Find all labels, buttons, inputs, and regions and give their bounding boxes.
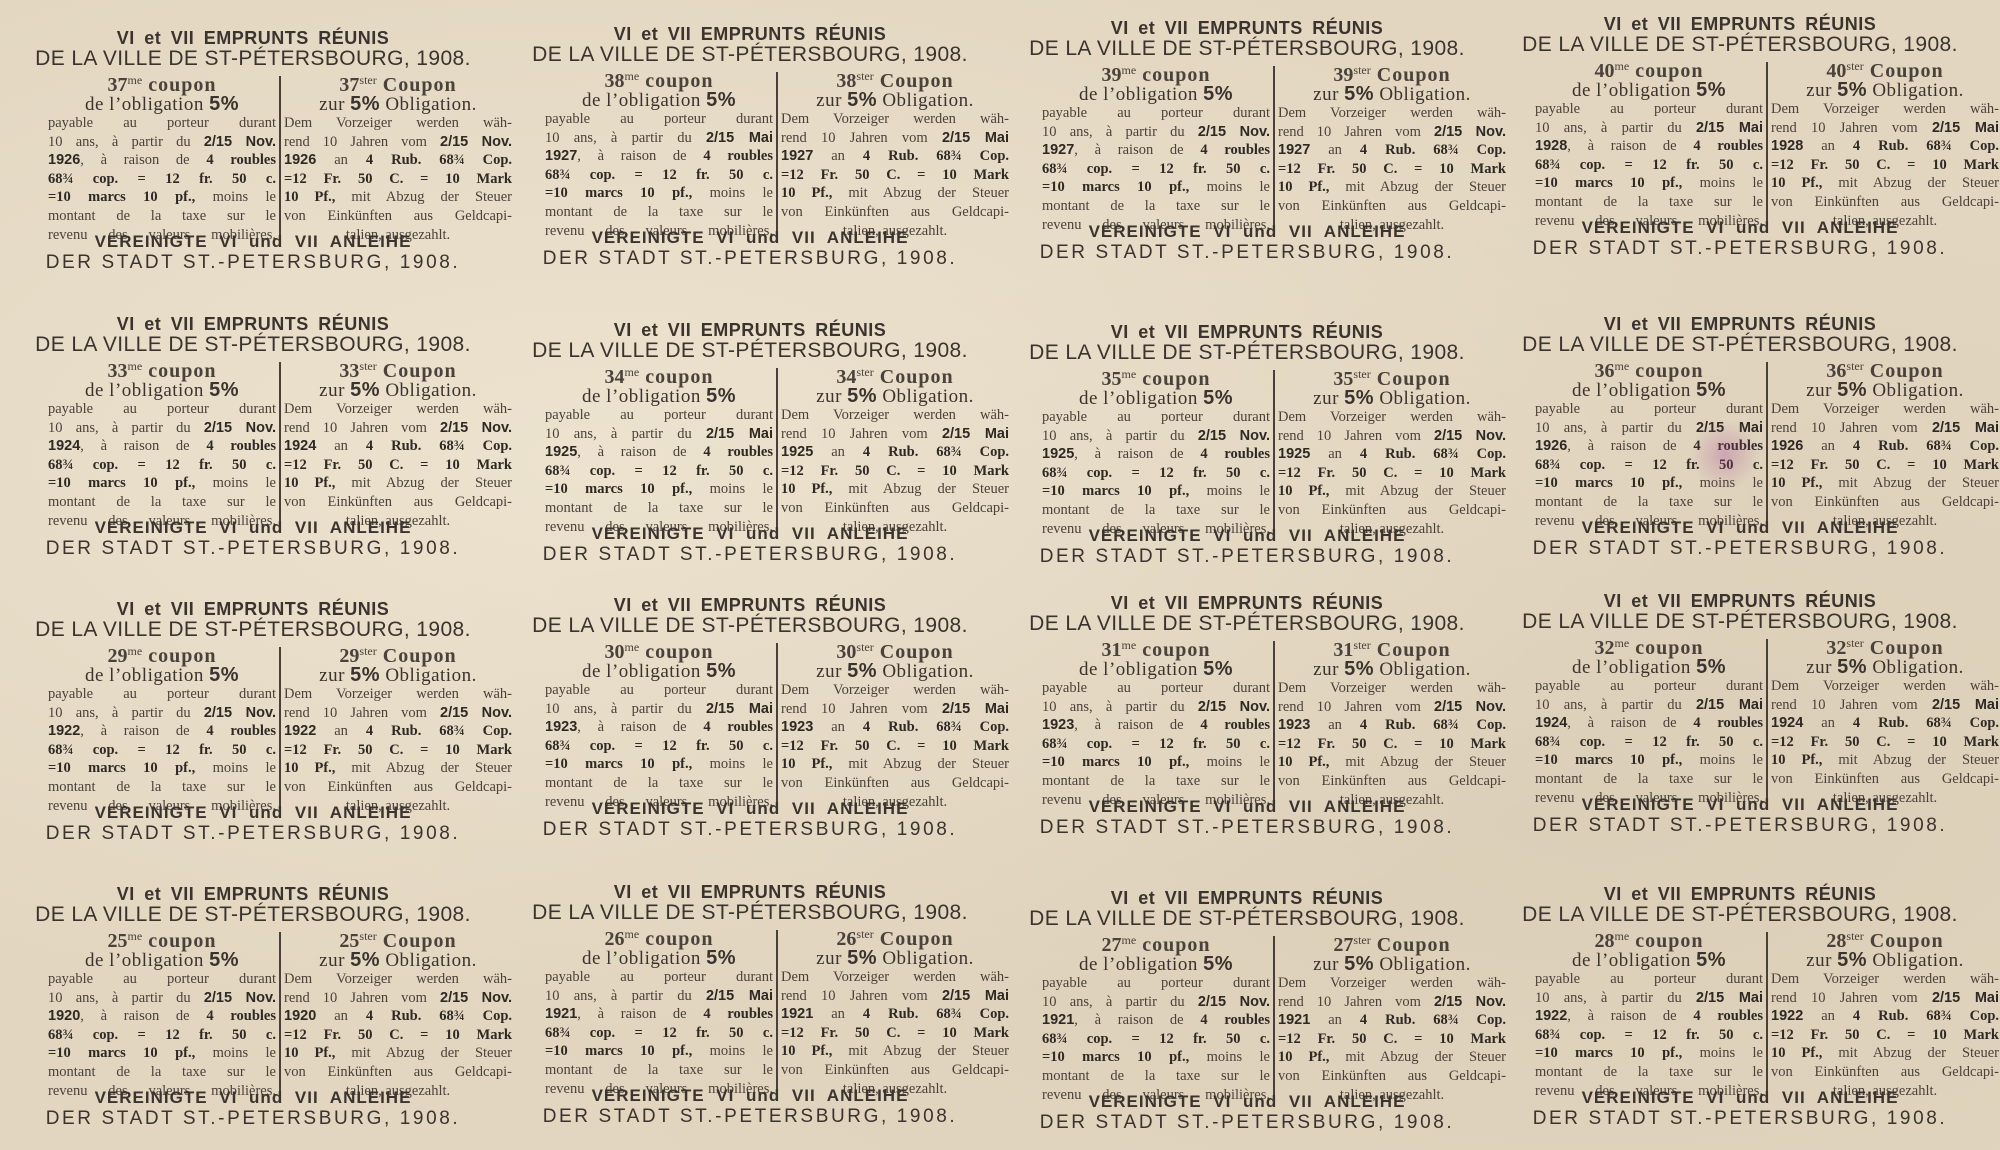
payment-year: 1926 (1535, 438, 1567, 454)
terms-line: montant de la taxe sur le (1042, 501, 1270, 520)
terms-line: rend 10 Jahren vom 2/15 Mai (781, 425, 1009, 444)
payment-date: 2/15 Mai (942, 426, 1009, 442)
french-obligation-line: de l’obligation 5% (48, 951, 276, 970)
coupon-word: coupon (1142, 934, 1210, 956)
ordinal-suffix: me (625, 365, 640, 379)
coupon-number: 31 (1102, 639, 1122, 661)
terms-line: 1927 an 4 Rub. 68¾ Cop. (1278, 141, 1506, 160)
terms-line: =10 marcs 10 pf., moins le (545, 1042, 773, 1061)
terms-line: von Einkünften aus Geldcapi- (1278, 197, 1506, 216)
terms-line: von Einkünften aus Geldcapi- (781, 499, 1009, 518)
terms-line: von Einkünften aus Geldcapi- (284, 778, 512, 797)
terms-line: von Einkünften aus Geldcapi- (1771, 1063, 1999, 1082)
french-column: 39me coupon de l’obligation 5% payable a… (1042, 60, 1270, 234)
german-column: 26ster Coupon zur 5% Obligation. Dem Vor… (781, 924, 1009, 1098)
interest-rate: 5% (1344, 387, 1374, 409)
coupon-word: Coupon (1870, 360, 1944, 382)
french-obligation-line: de l’obligation 5% (1535, 951, 1763, 970)
coupon-30: VI et VII EMPRUNTS RÉUNIS DE LA VILLE DE… (515, 569, 985, 831)
interest-rate: 5% (1344, 953, 1374, 975)
terms-line: 10 ans, à partir du 2/15 Nov. (1042, 993, 1270, 1012)
german-terms: Dem Vorzeiger werden wäh- rend 10 Jahren… (1278, 679, 1506, 809)
coupon-number: 37 (108, 74, 128, 96)
coupon-29: VI et VII EMPRUNTS RÉUNIS DE LA VILLE DE… (18, 573, 488, 835)
terms-line: 68¾ cop. = 12 fr. 50 c. (545, 166, 773, 185)
column-divider (776, 368, 778, 528)
coupon-header-city-title: DE LA VILLE DE ST-PÉTERSBOURG, 1908. (18, 903, 488, 927)
terms-line: rend 10 Jahren vom 2/15 Nov. (284, 989, 512, 1008)
terms-line: rend 10 Jahren vom 2/15 Mai (1771, 119, 1999, 138)
ordinal-suffix: ster (359, 644, 376, 658)
coupon-word: Coupon (1377, 934, 1451, 956)
terms-line: 1927, à raison de 4 roubles (545, 147, 773, 166)
terms-line: 10 ans, à partir du 2/15 Mai (1535, 696, 1763, 715)
coupon-number: 26 (605, 928, 625, 950)
terms-line: 68¾ cop. = 12 fr. 50 c. (1535, 156, 1763, 175)
german-obligation-line: zur 5% Obligation. (781, 662, 1009, 681)
terms-line: payable au porteur durant (1535, 677, 1763, 696)
coupon-footer-loan-title: VEREINIGTE VI und VII ANLEIHE (1505, 218, 1975, 238)
coupon-text-columns: 32me coupon de l’obligation 5% payable a… (1535, 633, 1967, 801)
german-coupon-title: 31ster Coupon (1278, 635, 1506, 660)
terms-line: =10 marcs 10 pf., moins le (1042, 178, 1270, 197)
coupon-header-loan-title: VI et VII EMPRUNTS RÉUNIS (515, 24, 985, 45)
coupon-word: coupon (1635, 60, 1703, 82)
coupon-text-columns: 31me coupon de l’obligation 5% payable a… (1042, 635, 1474, 803)
interest-rate: 5% (1203, 387, 1233, 409)
terms-line: montant de la taxe sur le (48, 207, 276, 226)
column-divider (1273, 641, 1275, 801)
german-obligation-line: zur 5% Obligation. (1771, 81, 1999, 100)
terms-line: 1922, à raison de 4 roubles (48, 722, 276, 741)
terms-line: Dem Vorzeiger werden wäh- (1771, 677, 1999, 696)
interest-rate: 5% (847, 89, 877, 111)
terms-line: 10 Pf., mit Abzug der Steuer (1771, 474, 1999, 493)
french-column: 38me coupon de l’obligation 5% payable a… (545, 66, 773, 240)
terms-line: =12 Fr. 50 C. = 10 Mark (1278, 464, 1506, 483)
terms-line: =12 Fr. 50 C. = 10 Mark (284, 170, 512, 189)
interest-rate: 5% (1696, 656, 1726, 678)
german-terms: Dem Vorzeiger werden wäh- rend 10 Jahren… (781, 110, 1009, 240)
german-obligation-line: zur 5% Obligation. (284, 666, 512, 685)
french-terms: payable au porteur durant 10 ans, à part… (48, 970, 276, 1100)
german-terms: Dem Vorzeiger werden wäh- rend 10 Jahren… (284, 114, 512, 244)
terms-line: montant de la taxe sur le (48, 778, 276, 797)
coupon-26: VI et VII EMPRUNTS RÉUNIS DE LA VILLE DE… (515, 856, 985, 1118)
german-column: 32ster Coupon zur 5% Obligation. Dem Vor… (1771, 633, 1999, 807)
coupon-33: VI et VII EMPRUNTS RÉUNIS DE LA VILLE DE… (18, 288, 488, 550)
ordinal-suffix: me (1615, 59, 1630, 73)
coupon-word: coupon (148, 645, 216, 667)
coupon-35: VI et VII EMPRUNTS RÉUNIS DE LA VILLE DE… (1012, 296, 1482, 558)
german-coupon-title: 25ster Coupon (284, 926, 512, 951)
terms-line: =10 marcs 10 pf., moins le (545, 755, 773, 774)
coupon-header-loan-title: VI et VII EMPRUNTS RÉUNIS (18, 314, 488, 335)
payment-year: 1920 (48, 1008, 80, 1024)
coupon-footer-loan-title: VEREINIGTE VI und VII ANLEIHE (515, 799, 985, 819)
interest-rate: 5% (1203, 953, 1233, 975)
coupon-27: VI et VII EMPRUNTS RÉUNIS DE LA VILLE DE… (1012, 862, 1482, 1124)
terms-line: 10 ans, à partir du 2/15 Nov. (48, 133, 276, 152)
terms-line: =10 marcs 10 pf., moins le (48, 474, 276, 493)
german-terms: Dem Vorzeiger werden wäh- rend 10 Jahren… (1278, 974, 1506, 1104)
terms-line: payable au porteur durant (1535, 970, 1763, 989)
german-coupon-title: 27ster Coupon (1278, 930, 1506, 955)
terms-line: von Einkünften aus Geldcapi- (1771, 193, 1999, 212)
french-obligation-line: de l’obligation 5% (1535, 381, 1763, 400)
terms-line: von Einkünften aus Geldcapi- (284, 1063, 512, 1082)
french-terms: payable au porteur durant 10 ans, à part… (1042, 104, 1270, 234)
terms-line: =12 Fr. 50 C. = 10 Mark (1771, 1026, 1999, 1045)
german-column: 27ster Coupon zur 5% Obligation. Dem Vor… (1278, 930, 1506, 1104)
cancellation-stamp-mark (1690, 420, 1760, 490)
coupon-header-loan-title: VI et VII EMPRUNTS RÉUNIS (18, 599, 488, 620)
terms-line: 10 Pf., mit Abzug der Steuer (781, 1042, 1009, 1061)
terms-line: montant de la taxe sur le (545, 774, 773, 793)
german-obligation-line: zur 5% Obligation. (1771, 951, 1999, 970)
terms-line: von Einkünften aus Geldcapi- (1278, 1067, 1506, 1086)
terms-line: Dem Vorzeiger werden wäh- (284, 400, 512, 419)
payment-year: 1921 (781, 1006, 813, 1022)
terms-line: rend 10 Jahren vom 2/15 Nov. (284, 133, 512, 152)
coupon-text-columns: 40me coupon de l’obligation 5% payable a… (1535, 56, 1967, 224)
payment-date: 2/15 Nov. (1198, 428, 1270, 444)
german-column: 34ster Coupon zur 5% Obligation. Dem Vor… (781, 362, 1009, 536)
payment-year: 1926 (284, 152, 316, 168)
terms-line: =12 Fr. 50 C. = 10 Mark (781, 1024, 1009, 1043)
terms-line: 68¾ cop. = 12 fr. 50 c. (545, 737, 773, 756)
coupon-header-loan-title: VI et VII EMPRUNTS RÉUNIS (1505, 591, 1975, 612)
payment-date: 2/15 Mai (1932, 420, 1999, 436)
column-divider (1766, 932, 1768, 1092)
payment-year: 1923 (1042, 717, 1074, 733)
coupon-footer-city-title: DER STADT ST.-PETERSBURG, 1908. (1505, 538, 1975, 560)
terms-line: von Einkünften aus Geldcapi- (781, 203, 1009, 222)
coupon-25: VI et VII EMPRUNTS RÉUNIS DE LA VILLE DE… (18, 858, 488, 1120)
german-obligation-line: zur 5% Obligation. (1278, 955, 1506, 974)
french-obligation-line: de l’obligation 5% (545, 662, 773, 681)
interest-rate: 5% (1837, 379, 1867, 401)
german-terms: Dem Vorzeiger werden wäh- rend 10 Jahren… (1771, 970, 1999, 1100)
terms-line: payable au porteur durant (1042, 679, 1270, 698)
interest-rate: 5% (1203, 83, 1233, 105)
terms-line: payable au porteur durant (48, 114, 276, 133)
coupon-number: 34 (605, 366, 625, 388)
payment-year: 1925 (1042, 446, 1074, 462)
french-obligation-line: de l’obligation 5% (545, 91, 773, 110)
terms-line: 68¾ cop. = 12 fr. 50 c. (48, 456, 276, 475)
terms-line: Dem Vorzeiger werden wäh- (1771, 970, 1999, 989)
french-column: 29me coupon de l’obligation 5% payable a… (48, 641, 276, 815)
terms-line: 10 ans, à partir du 2/15 Mai (1535, 989, 1763, 1008)
coupon-footer-city-title: DER STADT ST.-PETERSBURG, 1908. (1012, 1112, 1482, 1134)
terms-line: =10 marcs 10 pf., moins le (1535, 1044, 1763, 1063)
coupon-header-loan-title: VI et VII EMPRUNTS RÉUNIS (18, 884, 488, 905)
coupon-footer-loan-title: VEREINIGTE VI und VII ANLEIHE (18, 803, 488, 823)
terms-line: montant de la taxe sur le (48, 493, 276, 512)
terms-line: =12 Fr. 50 C. = 10 Mark (1278, 160, 1506, 179)
coupon-header-loan-title: VI et VII EMPRUNTS RÉUNIS (1012, 593, 1482, 614)
coupon-34: VI et VII EMPRUNTS RÉUNIS DE LA VILLE DE… (515, 294, 985, 556)
french-coupon-title: 40me coupon (1535, 56, 1763, 81)
french-column: 27me coupon de l’obligation 5% payable a… (1042, 930, 1270, 1104)
ordinal-suffix: me (1615, 636, 1630, 650)
coupon-word: coupon (1635, 637, 1703, 659)
terms-line: =12 Fr. 50 C. = 10 Mark (781, 166, 1009, 185)
ordinal-suffix: ster (359, 929, 376, 943)
payment-date: 2/15 Mai (942, 988, 1009, 1004)
coupon-word: coupon (1142, 64, 1210, 86)
interest-rate: 5% (1203, 658, 1233, 680)
terms-line: Dem Vorzeiger werden wäh- (1278, 679, 1506, 698)
coupon-word: Coupon (1870, 60, 1944, 82)
german-terms: Dem Vorzeiger werden wäh- rend 10 Jahren… (1771, 677, 1999, 807)
french-column: 40me coupon de l’obligation 5% payable a… (1535, 56, 1763, 230)
coupon-header-loan-title: VI et VII EMPRUNTS RÉUNIS (1012, 322, 1482, 343)
interest-rate: 5% (1837, 949, 1867, 971)
terms-line: 10 ans, à partir du 2/15 Mai (545, 129, 773, 148)
terms-line: payable au porteur durant (48, 685, 276, 704)
coupon-header-city-title: DE LA VILLE DE ST-PÉTERSBOURG, 1908. (515, 901, 985, 925)
german-obligation-line: zur 5% Obligation. (284, 381, 512, 400)
coupon-word: Coupon (1870, 930, 1944, 952)
terms-line: montant de la taxe sur le (1042, 1067, 1270, 1086)
french-terms: payable au porteur durant 10 ans, à part… (545, 681, 773, 811)
terms-line: 1925, à raison de 4 roubles (1042, 445, 1270, 464)
german-column: 38ster Coupon zur 5% Obligation. Dem Vor… (781, 66, 1009, 240)
terms-line: payable au porteur durant (545, 406, 773, 425)
terms-line: 10 Pf., mit Abzug der Steuer (1771, 174, 1999, 193)
payment-year: 1925 (1278, 446, 1310, 462)
french-column: 30me coupon de l’obligation 5% payable a… (545, 637, 773, 811)
terms-line: =10 marcs 10 pf., moins le (48, 188, 276, 207)
terms-line: =12 Fr. 50 C. = 10 Mark (284, 741, 512, 760)
terms-line: Dem Vorzeiger werden wäh- (1278, 104, 1506, 123)
terms-line: 68¾ cop. = 12 fr. 50 c. (48, 1026, 276, 1045)
terms-line: 10 ans, à partir du 2/15 Mai (545, 700, 773, 719)
coupon-text-columns: 29me coupon de l’obligation 5% payable a… (48, 641, 480, 809)
french-coupon-title: 36me coupon (1535, 356, 1763, 381)
payment-year: 1922 (48, 723, 80, 739)
obligation-text: de l’obligation (85, 950, 204, 971)
coupon-number: 33 (108, 360, 128, 382)
interest-rate: 5% (847, 385, 877, 407)
column-divider (279, 647, 281, 807)
terms-line: von Einkünften aus Geldcapi- (284, 493, 512, 512)
terms-line: montant de la taxe sur le (1535, 193, 1763, 212)
terms-line: 1927 an 4 Rub. 68¾ Cop. (781, 147, 1009, 166)
german-obligation-line: zur 5% Obligation. (1278, 389, 1506, 408)
terms-line: rend 10 Jahren vom 2/15 Nov. (1278, 123, 1506, 142)
german-column: 25ster Coupon zur 5% Obligation. Dem Vor… (284, 926, 512, 1100)
payment-date: 2/15 Nov. (1434, 428, 1506, 444)
coupon-word: Coupon (383, 360, 457, 382)
coupon-number: 25 (108, 930, 128, 952)
coupon-number: 30 (605, 641, 625, 663)
terms-line: rend 10 Jahren vom 2/15 Nov. (284, 419, 512, 438)
german-column: 39ster Coupon zur 5% Obligation. Dem Vor… (1278, 60, 1506, 234)
coupon-word: Coupon (383, 74, 457, 96)
payment-date: 2/15 Nov. (204, 705, 276, 721)
ordinal-suffix: ster (856, 640, 873, 654)
french-coupon-title: 34me coupon (545, 362, 773, 387)
terms-line: montant de la taxe sur le (1535, 770, 1763, 789)
coupon-32: VI et VII EMPRUNTS RÉUNIS DE LA VILLE DE… (1505, 565, 1975, 827)
terms-line: payable au porteur durant (48, 400, 276, 419)
terms-line: 1923 an 4 Rub. 68¾ Cop. (781, 718, 1009, 737)
interest-rate: 5% (1837, 79, 1867, 101)
terms-line: rend 10 Jahren vom 2/15 Nov. (1278, 698, 1506, 717)
german-column: 36ster Coupon zur 5% Obligation. Dem Vor… (1771, 356, 1999, 530)
german-obligation-line: zur 5% Obligation. (1278, 660, 1506, 679)
french-obligation-line: de l’obligation 5% (48, 95, 276, 114)
terms-line: Dem Vorzeiger werden wäh- (284, 970, 512, 989)
obligation-text: de l’obligation (582, 948, 701, 969)
terms-line: 10 ans, à partir du 2/15 Mai (1535, 119, 1763, 138)
ordinal-suffix: ster (1353, 367, 1370, 381)
obligation-text: de l’obligation (1079, 954, 1198, 975)
payment-date: 2/15 Mai (1932, 990, 1999, 1006)
french-coupon-title: 39me coupon (1042, 60, 1270, 85)
terms-line: payable au porteur durant (545, 968, 773, 987)
interest-rate: 5% (350, 664, 380, 686)
coupon-text-columns: 34me coupon de l’obligation 5% payable a… (545, 362, 977, 530)
terms-line: 1920 an 4 Rub. 68¾ Cop. (284, 1007, 512, 1026)
coupon-word: coupon (1635, 360, 1703, 382)
terms-line: 1923, à raison de 4 roubles (545, 718, 773, 737)
coupon-header-city-title: DE LA VILLE DE ST-PÉTERSBOURG, 1908. (1505, 610, 1975, 634)
interest-rate: 5% (1696, 949, 1726, 971)
payment-date: 2/15 Nov. (204, 990, 276, 1006)
terms-line: payable au porteur durant (545, 110, 773, 129)
french-coupon-title: 31me coupon (1042, 635, 1270, 660)
terms-line: 10 Pf., mit Abzug der Steuer (781, 184, 1009, 203)
coupon-footer-city-title: DER STADT ST.-PETERSBURG, 1908. (18, 1108, 488, 1130)
coupon-38: VI et VII EMPRUNTS RÉUNIS DE LA VILLE DE… (515, 0, 985, 260)
terms-line: 10 ans, à partir du 2/15 Nov. (1042, 427, 1270, 446)
ordinal-suffix: me (625, 927, 640, 941)
terms-line: Dem Vorzeiger werden wäh- (284, 114, 512, 133)
french-obligation-line: de l’obligation 5% (1535, 81, 1763, 100)
german-coupon-title: 35ster Coupon (1278, 364, 1506, 389)
column-divider (279, 362, 281, 522)
coupon-text-columns: 35me coupon de l’obligation 5% payable a… (1042, 364, 1474, 532)
coupon-number: 38 (605, 70, 625, 92)
ordinal-suffix: ster (856, 365, 873, 379)
obligation-text: de l’obligation (582, 386, 701, 407)
terms-line: 1921, à raison de 4 roubles (545, 1005, 773, 1024)
column-divider (776, 72, 778, 232)
coupon-footer-city-title: DER STADT ST.-PETERSBURG, 1908. (18, 823, 488, 845)
interest-rate: 5% (847, 947, 877, 969)
german-coupon-title: 26ster Coupon (781, 924, 1009, 949)
terms-line: 10 Pf., mit Abzug der Steuer (284, 759, 512, 778)
coupon-word: coupon (1635, 930, 1703, 952)
coupon-number: 28 (1595, 930, 1615, 952)
german-terms: Dem Vorzeiger werden wäh- rend 10 Jahren… (284, 685, 512, 815)
coupon-footer-loan-title: VEREINIGTE VI und VII ANLEIHE (515, 228, 985, 248)
coupon-text-columns: 30me coupon de l’obligation 5% payable a… (545, 637, 977, 805)
payment-date: 2/15 Nov. (440, 705, 512, 721)
french-coupon-title: 33me coupon (48, 356, 276, 381)
coupon-word: coupon (148, 74, 216, 96)
terms-line: =10 marcs 10 pf., moins le (1535, 751, 1763, 770)
terms-line: 1928, à raison de 4 roubles (1535, 137, 1763, 156)
coupon-sheet: VI et VII EMPRUNTS RÉUNIS DE LA VILLE DE… (0, 0, 2000, 1150)
coupon-footer-loan-title: VEREINIGTE VI und VII ANLEIHE (1505, 795, 1975, 815)
coupon-header-loan-title: VI et VII EMPRUNTS RÉUNIS (515, 595, 985, 616)
terms-line: 10 ans, à partir du 2/15 Nov. (1042, 123, 1270, 142)
coupon-header-city-title: DE LA VILLE DE ST-PÉTERSBOURG, 1908. (18, 47, 488, 71)
ordinal-suffix: ster (1353, 638, 1370, 652)
coupon-word: Coupon (1377, 639, 1451, 661)
terms-line: 68¾ cop. = 12 fr. 50 c. (1535, 1026, 1763, 1045)
interest-rate: 5% (847, 660, 877, 682)
german-terms: Dem Vorzeiger werden wäh- rend 10 Jahren… (781, 406, 1009, 536)
german-coupon-title: 32ster Coupon (1771, 633, 1999, 658)
payment-date: 2/15 Mai (706, 701, 773, 717)
terms-line: 68¾ cop. = 12 fr. 50 c. (1042, 160, 1270, 179)
french-terms: payable au porteur durant 10 ans, à part… (545, 110, 773, 240)
german-coupon-title: 34ster Coupon (781, 362, 1009, 387)
coupon-39: VI et VII EMPRUNTS RÉUNIS DE LA VILLE DE… (1012, 0, 1482, 254)
column-divider (776, 930, 778, 1090)
french-column: 33me coupon de l’obligation 5% payable a… (48, 356, 276, 530)
column-divider (1273, 66, 1275, 226)
obligation-text: de l’obligation (1079, 659, 1198, 680)
coupon-number: 27 (1102, 934, 1122, 956)
terms-line: payable au porteur durant (1042, 974, 1270, 993)
german-terms: Dem Vorzeiger werden wäh- rend 10 Jahren… (284, 970, 512, 1100)
obligation-text: de l’obligation (1079, 84, 1198, 105)
terms-line: =12 Fr. 50 C. = 10 Mark (1278, 735, 1506, 754)
terms-line: =12 Fr. 50 C. = 10 Mark (284, 1026, 512, 1045)
payment-date: 2/15 Nov. (440, 990, 512, 1006)
coupon-footer-city-title: DER STADT ST.-PETERSBURG, 1908. (515, 819, 985, 841)
terms-line: montant de la taxe sur le (1535, 1063, 1763, 1082)
terms-line: montant de la taxe sur le (545, 203, 773, 222)
terms-line: von Einkünften aus Geldcapi- (781, 774, 1009, 793)
payment-year: 1921 (1042, 1012, 1074, 1028)
obligation-text: de l’obligation (85, 665, 204, 686)
terms-line: Dem Vorzeiger werden wäh- (1771, 100, 1999, 119)
french-coupon-title: 35me coupon (1042, 364, 1270, 389)
coupon-word: Coupon (880, 366, 954, 388)
french-terms: payable au porteur durant 10 ans, à part… (1535, 677, 1763, 807)
terms-line: montant de la taxe sur le (545, 1061, 773, 1080)
ordinal-suffix: me (625, 69, 640, 83)
coupon-header-loan-title: VI et VII EMPRUNTS RÉUNIS (1505, 14, 1975, 35)
german-column: 30ster Coupon zur 5% Obligation. Dem Vor… (781, 637, 1009, 811)
coupon-number: 39 (1102, 64, 1122, 86)
terms-line: =12 Fr. 50 C. = 10 Mark (1771, 733, 1999, 752)
payment-date: 2/15 Mai (942, 130, 1009, 146)
german-terms: Dem Vorzeiger werden wäh- rend 10 Jahren… (781, 968, 1009, 1098)
german-obligation-line: zur 5% Obligation. (284, 951, 512, 970)
obligation-text: de l’obligation (85, 380, 204, 401)
french-terms: payable au porteur durant 10 ans, à part… (48, 685, 276, 815)
terms-line: payable au porteur durant (48, 970, 276, 989)
terms-line: von Einkünften aus Geldcapi- (1278, 501, 1506, 520)
ordinal-suffix: me (625, 640, 640, 654)
terms-line: 68¾ cop. = 12 fr. 50 c. (545, 1024, 773, 1043)
terms-line: Dem Vorzeiger werden wäh- (781, 110, 1009, 129)
french-obligation-line: de l’obligation 5% (48, 381, 276, 400)
coupon-number: 29 (108, 645, 128, 667)
interest-rate: 5% (1696, 379, 1726, 401)
terms-line: 1926 an 4 Rub. 68¾ Cop. (284, 151, 512, 170)
terms-line: von Einkünften aus Geldcapi- (1771, 770, 1999, 789)
